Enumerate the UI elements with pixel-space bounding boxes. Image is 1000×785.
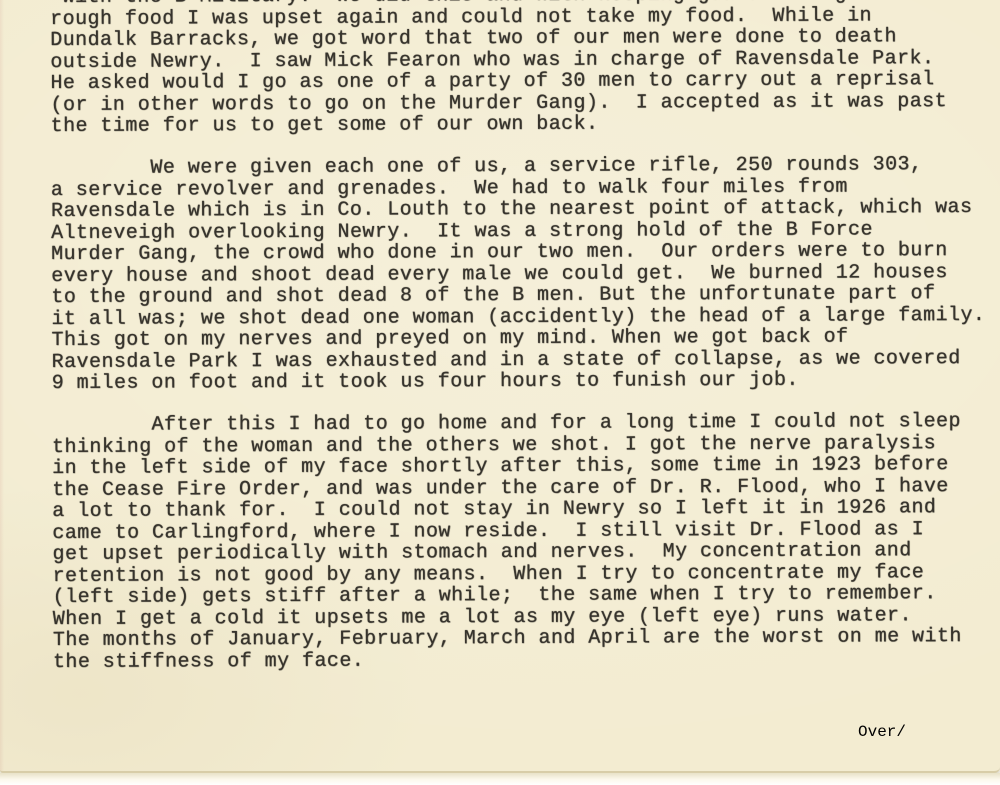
- typewritten-text: with the B Military. We did this and wit…: [50, 0, 998, 693]
- page-turn-marker: Over/: [858, 723, 906, 741]
- text-line: We were given each one of us, a service …: [51, 154, 996, 180]
- scanned-page: with the B Military. We did this and wit…: [0, 0, 1000, 785]
- text-line: the time for us to get some of our own b…: [51, 112, 996, 138]
- paragraph-reprisal-account: We were given each one of us, a service …: [51, 154, 997, 395]
- paper-bottom-edge: [0, 773, 1000, 785]
- text-line: 9 miles on foot and it took us four hour…: [52, 369, 997, 395]
- paper-sheet: with the B Military. We did this and wit…: [0, 0, 1000, 773]
- paragraph-aftermath: After this I had to go home and for a lo…: [52, 411, 998, 673]
- text-line: The months of January, February, March a…: [53, 626, 998, 652]
- paragraph-top-clipped: with the B Military. We did this and wit…: [50, 0, 996, 137]
- text-line: the stiffness of my face.: [53, 647, 998, 673]
